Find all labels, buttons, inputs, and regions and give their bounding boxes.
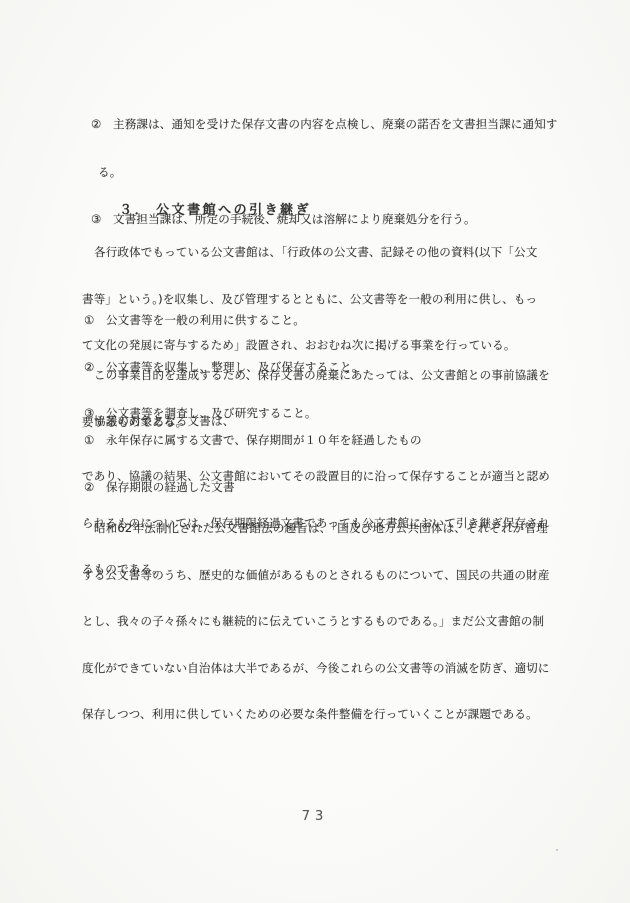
item-marker: ① (84, 311, 106, 330)
item-text: 公文書等を一般の利用に供すること。 (106, 313, 305, 327)
page-number: 73 (0, 809, 630, 824)
paragraph-line: 度化ができていない自治体は大半であるが、今後これらの公文書等の消滅を防ぎ、適切に (82, 659, 550, 678)
list-item: ①公文書等を一般の利用に供すること。 (84, 311, 363, 330)
archives-law-paragraph: 昭和62年法制化された公文書館法の趣旨は、「国及び地方公共団体は、それぞれが管理… (82, 491, 550, 752)
item-text-continuation: る。 (91, 163, 558, 183)
paragraph-line: 保存しつつ、利用に供していくための必要な条件整備を行っていくことが課題である。 (82, 705, 550, 724)
list-item: ②主務課は、通知を受けた保存文書の内容を点検し、廃棄の諾否を文書担当課に通知す (91, 115, 558, 135)
scan-artifact-speck (556, 849, 558, 851)
item-text: 主務課は、通知を受けた保存文書の内容を点検し、廃棄の諾否を文書担当課に通知す (113, 117, 558, 131)
paragraph-line: であり、協議の結果、公文書館においてその設置目的に沿って保存することが適当と認め (82, 467, 550, 486)
paragraph-line: する公文書等のうち、歴史的な価値があるものとされるものについて、国民の共通の財産 (82, 566, 550, 585)
paragraph-line: 昭和62年法制化された公文書館法の趣旨は、「国及び地方公共団体は、それぞれが管理 (82, 519, 550, 538)
paragraph-line: この事業目的を達成するため、保存文書の廃棄にあたっては、公文書館との事前協議を (82, 366, 550, 385)
paragraph-line: とし、我々の子々孫々にも継続的に伝えていこうとするものである。」まだ公文書館の制 (82, 612, 550, 631)
paragraph-line: 各行政体でもっている公文書館は、「行政体の公文書、記録その他の資料(以下「公文 (82, 243, 538, 262)
scanned-document-page: ②主務課は、通知を受けた保存文書の内容を点検し、廃棄の諾否を文書担当課に通知す … (0, 0, 630, 903)
item-marker: ② (91, 115, 113, 135)
